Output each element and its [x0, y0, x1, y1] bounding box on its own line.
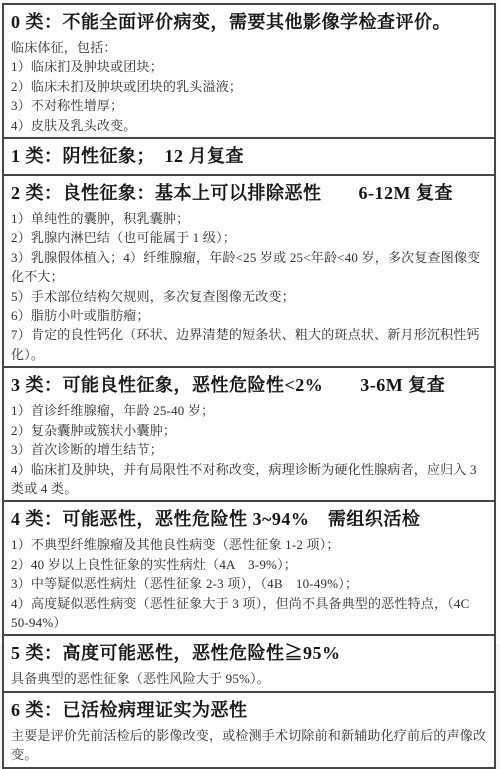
category-line: 4）皮肤及乳头改变。	[11, 116, 488, 135]
category-title: 4 类：可能恶性，恶性危险性 3~94% 需组织活检	[11, 506, 488, 532]
category-line: 5）手术部位结构欠规则，多次复查图像无改变；	[11, 287, 488, 306]
category-line: 3）不对称性增厚；	[11, 96, 488, 115]
category-line: 7）肯定的良性钙化（环状、边界清楚的短条状、粗大的斑点状、新月形沉积性钙化）。	[11, 325, 488, 364]
category-line: 临床体征，包括：	[11, 38, 488, 57]
category-title: 2 类：良性征象：基本上可以排除恶性 6-12M 复查	[11, 180, 488, 206]
category-row-2: 2 类：良性征象：基本上可以排除恶性 6-12M 复查 1）单纯性的囊肿，积乳囊…	[4, 174, 494, 366]
category-line: 2）临床未扪及肿块或团块的乳头溢液；	[11, 77, 488, 96]
birads-category-table: 0 类：不能全面评价病变，需要其他影像学检查评价。 临床体征，包括：1）临床扪及…	[2, 3, 496, 644]
category-row-5: 5 类：高度可能恶性，恶性危险性≧95% 具备典型的恶性征象（恶性风险大于 95…	[4, 634, 494, 644]
category-title: 0 类：不能全面评价病变，需要其他影像学检查评价。	[11, 9, 488, 35]
category-line: 1）首诊纤维腺瘤，年龄 25-40 岁；	[11, 401, 488, 420]
category-title: 3 类：可能良性征象，恶性危险性<2% 3-6M 复查	[11, 372, 488, 398]
category-line: 1）临床扪及肿块或团块；	[11, 57, 488, 76]
category-row-1: 1 类：阴性征象； 12 月复查	[4, 137, 494, 174]
category-row-0: 0 类：不能全面评价病变，需要其他影像学检查评价。 临床体征，包括：1）临床扪及…	[4, 5, 494, 137]
category-line: 6）脂肪小叶或脂肪瘤；	[11, 306, 488, 325]
category-title: 1 类：阴性征象； 12 月复查	[11, 143, 488, 169]
category-line: 2）40 岁以上良性征象的实性病灶（4A 3-9%）；	[11, 555, 488, 574]
category-row-3: 3 类：可能良性征象，恶性危险性<2% 3-6M 复查 1）首诊纤维腺瘤，年龄 …	[4, 366, 494, 500]
category-title: 5 类：高度可能恶性，恶性危险性≧95%	[11, 640, 488, 644]
category-line: 3）中等疑似恶性病灶（恶性征象 2-3 项），（4B 10-49%）；	[11, 574, 488, 593]
category-row-4: 4 类：可能恶性，恶性危险性 3~94% 需组织活检 1）不典型纤维腺瘤及其他良…	[4, 500, 494, 634]
category-line: 1）不典型纤维腺瘤及其他良性病变（恶性征象 1-2 项）；	[11, 535, 488, 554]
category-line: 4）临床扪及肿块，并有局限性不对称改变，病理诊断为硬化性腺病者，应归入 3 类或…	[11, 460, 488, 499]
category-line: 4）高度疑似恶性病变（恶性征象大于 3 项），但尚不具备典型的恶性特点，（4C …	[11, 594, 488, 633]
category-line: 3）首次诊断的增生结节；	[11, 440, 488, 459]
category-line: 1）单纯性的囊肿，积乳囊肿；	[11, 209, 488, 228]
category-line: 2）乳腺内淋巴结（也可能属于 1 级）；	[11, 228, 488, 247]
category-line: 2）复杂囊肿或簇状小囊肿；	[11, 421, 488, 440]
category-line: 3）乳腺假体植入；4）纤维腺瘤，年龄<25 岁或 25<年龄<40 岁，多次复查…	[11, 248, 488, 287]
scanned-document-page: 0 类：不能全面评价病变，需要其他影像学检查评价。 临床体征，包括：1）临床扪及…	[0, 0, 500, 644]
